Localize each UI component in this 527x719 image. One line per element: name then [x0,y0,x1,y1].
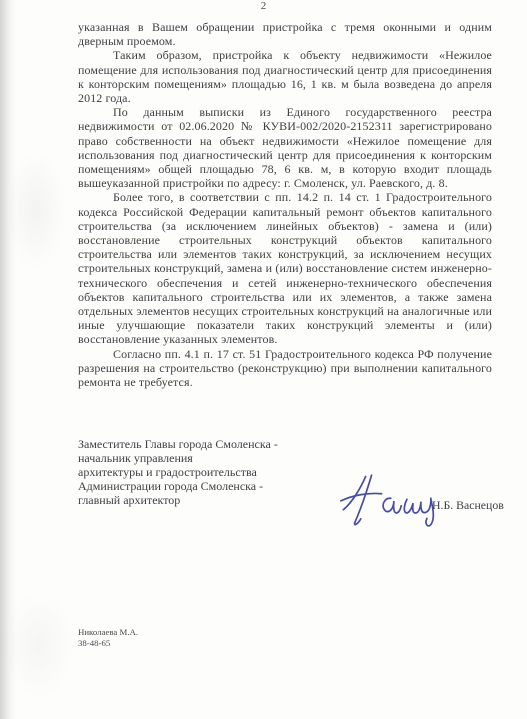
paragraph-continuation: указанная в Вашем обращении пристройка с… [78,20,492,48]
signer-title: Заместитель Главы города Смоленска - нач… [78,437,340,507]
scanned-letter-page: { "page": { "number": "2" }, "document":… [0,0,527,719]
executor-name: Николаева М.А. [78,627,138,638]
scan-edge-shadow [0,0,16,719]
paragraph: Более того, в соответствии с пп. 14.2 п.… [78,190,492,346]
signer-title-line: начальник управления [78,451,340,465]
signature-block: Заместитель Главы города Смоленска - нач… [78,437,492,507]
paragraph: Таким образом, пристройка к объекту недв… [78,48,492,105]
scan-smudge [4,590,74,700]
executor-footer: Николаева М.А. 38-48-65 [78,627,138,649]
scan-smudge [6,150,66,270]
paragraph: По данным выписки из Единого государстве… [78,105,492,190]
paragraph: Согласно пп. 4.1 п. 17 ст. 51 Градострои… [78,347,492,390]
document-body: указанная в Вашем обращении пристройка с… [78,20,492,389]
signer-title-line: Заместитель Главы города Смоленска - [78,437,340,451]
signer-name: Н.Б. Васнецов [432,498,504,512]
page-number: 2 [0,0,527,12]
signer-title-line: главный архитектор [78,493,340,507]
signer-title-line: архитектуры и градостроительства [78,465,340,479]
executor-phone: 38-48-65 [78,638,138,649]
signer-title-line: Администрации города Смоленска - [78,479,340,493]
